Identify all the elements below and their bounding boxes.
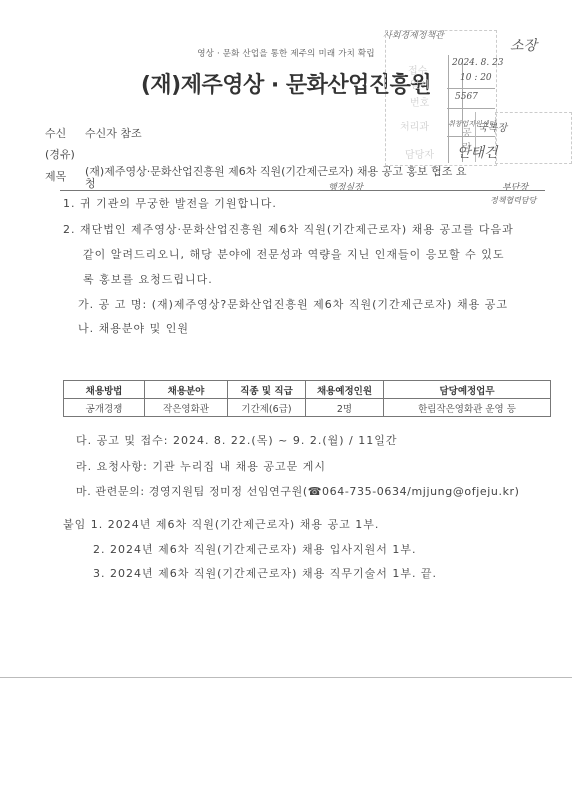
paragraph-2-line-3: 록 홍보를 요청드립니다. (83, 271, 213, 287)
stamp-date: 2024. 8. 23 (452, 58, 504, 68)
approval-signature-1: 소장 (510, 35, 537, 55)
paragraph-2-line-1: 2. 재단법인 제주영상·문화산업진흥원 제6차 직원(기간제근로자) 채용 공… (63, 221, 514, 237)
cell-grade: 기간제(6급) (228, 399, 306, 417)
paragraph-2-line-2: 같이 알려드리오니, 해당 분야에 전문성과 역량을 지닌 인재들이 응모할 수… (83, 246, 505, 262)
item-ga: 가. 공 고 명: (재)제주영상?문화산업진흥원 제6차 직원(기간제근로자)… (78, 296, 508, 312)
attachment-2: 2. 2024년 제6차 직원(기간제근로자) 채용 입사지원서 1부. (93, 541, 416, 557)
cell-field: 작은영화관 (145, 399, 228, 417)
col-duties: 담당예정업무 (384, 381, 551, 399)
col-headcount: 채용예정인원 (306, 381, 384, 399)
handwritten-note-deputy: 부단장 (502, 180, 528, 193)
subject-line-1: (재)제주영상·문화산업진흥원 제6차 직원(기간제근로자) 채용 공고 홍보 … (85, 166, 565, 178)
col-method: 채용방법 (64, 381, 145, 399)
cell-headcount: 2명 (306, 399, 384, 417)
recruitment-table: 채용방법 채용분야 직종 및 직급 채용예정인원 담당예정업무 공개경쟁 작은영… (63, 380, 551, 417)
approval-signature-2: 국복장 (478, 119, 507, 134)
via-row: (경유) (45, 146, 85, 162)
stamp-label-number: 번호 (410, 94, 429, 109)
item-na: 나. 채용분야 및 인원 (78, 320, 189, 336)
recipient-label: 수신 (45, 125, 85, 141)
attachment-1-row: 붙임 1. 2024년 제6차 직원(기간제근로자) 채용 공고 1부. (63, 516, 379, 532)
cell-duties: 한림작은영화관 운영 등 (384, 399, 551, 417)
item-da: 다. 공고 및 접수: 2024. 8. 22.(목) ~ 9. 2.(월) /… (76, 432, 397, 448)
stamp-time: 10 : 20 (460, 73, 492, 83)
subject-line-2: 청 (85, 178, 565, 190)
table-row: 공개경쟁 작은영화관 기간제(6급) 2명 한림작은영화관 운영 등 (64, 399, 551, 417)
subject-divider (60, 190, 545, 191)
stamp-label-receipt: 접수 (408, 62, 427, 77)
handwritten-note-policy: 정책협력담당 (490, 195, 536, 206)
stamp-approval-label: 공람 (462, 124, 474, 154)
attachments-label: 붙임 (63, 518, 86, 531)
stamp-row-line (447, 108, 495, 109)
item-ma: 마. 관련문의: 경영지원팀 정미정 선임연구원(☎064-735-0634/m… (76, 483, 520, 499)
col-field: 채용분야 (145, 381, 228, 399)
stamp-row-line (447, 88, 495, 89)
via-label: (경유) (45, 146, 85, 162)
stamp-label-dept: 처리과 (400, 118, 429, 133)
attachment-1: 1. 2024년 제6차 직원(기간제근로자) 채용 공고 1부. (91, 518, 380, 531)
col-grade: 직종 및 직급 (228, 381, 306, 399)
handwritten-note-admin: 행정실장 (328, 180, 363, 193)
attachment-3: 3. 2024년 제6차 직원(기간제근로자) 채용 직무기술서 1부. 끝. (93, 565, 437, 581)
subject-label: 제목 (45, 168, 66, 184)
item-ra: 라. 요청사항: 기관 누리집 내 채용 공고문 게시 (76, 458, 326, 474)
footer-divider (0, 677, 572, 678)
stamp-label-time: 일시 (410, 76, 429, 91)
table-header-row: 채용방법 채용분야 직종 및 직급 채용예정인원 담당예정업무 (64, 381, 551, 399)
stamp-label-handler: 담당자 (405, 146, 434, 161)
cell-method: 공개경쟁 (64, 399, 145, 417)
recipient-value: 수신자 참조 (85, 127, 142, 140)
stamp-number: 5567 (455, 92, 478, 102)
recipient-row: 수신수신자 참조 (45, 125, 142, 141)
paragraph-1: 1. 귀 기관의 무궁한 발전을 기원합니다. (63, 195, 277, 211)
